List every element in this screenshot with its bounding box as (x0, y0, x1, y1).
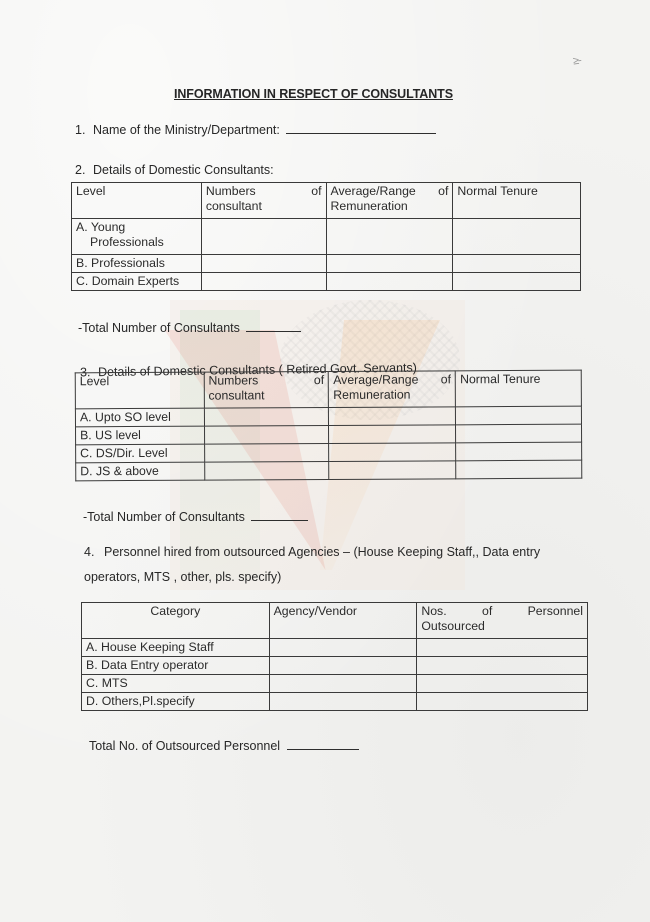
nos-cell[interactable] (417, 693, 588, 711)
row-category: C. MTS (82, 675, 270, 693)
row-level: A. Upto SO level (75, 408, 204, 427)
numbers-cell[interactable] (204, 461, 329, 480)
section2-total-field[interactable] (246, 321, 301, 332)
remuneration-cell[interactable] (329, 407, 456, 426)
remuneration-cell[interactable] (326, 273, 453, 291)
section1-ministry: 1.Name of the Ministry/Department: (75, 123, 436, 137)
section2-heading: 2.Details of Domestic Consultants: (75, 163, 274, 177)
section3-total-label: -Total Number of Consultants (83, 510, 245, 524)
header-nos-personnel: Nos.ofPersonnel Outsourced (417, 603, 588, 639)
tenure-cell[interactable] (453, 255, 581, 273)
table-row: B. Professionals (72, 255, 581, 273)
agency-cell[interactable] (269, 639, 417, 657)
section2-total: -Total Number of Consultants (78, 321, 301, 335)
agency-cell[interactable] (269, 675, 417, 693)
remuneration-cell[interactable] (329, 443, 456, 462)
row-category: A. House Keeping Staff (82, 639, 270, 657)
tenure-cell[interactable] (453, 219, 581, 255)
section4-label-line1: Personnel hired from outsourced Agencies… (104, 545, 540, 559)
header-numbers: Numbersof consultant (201, 183, 326, 219)
header-tenure: Normal Tenure (456, 370, 582, 407)
section2-number: 2. (75, 163, 93, 177)
nos-cell[interactable] (417, 675, 588, 693)
row-level: D. JS & above (76, 462, 205, 481)
numbers-cell[interactable] (201, 273, 326, 291)
section3-total-field[interactable] (251, 510, 308, 521)
remuneration-cell[interactable] (329, 461, 456, 480)
table-row: A. House Keeping Staff (82, 639, 588, 657)
row-level: C. DS/Dir. Level (76, 444, 205, 463)
header-category: Category (82, 603, 270, 639)
nos-cell[interactable] (417, 639, 588, 657)
table-row: D. JS & above (76, 460, 582, 481)
row-level: B. US level (76, 426, 205, 445)
remuneration-cell[interactable] (326, 255, 453, 273)
remuneration-cell[interactable] (326, 219, 453, 255)
header-tenure: Normal Tenure (453, 183, 581, 219)
section3-total: -Total Number of Consultants (83, 510, 308, 524)
section4-total: Total No. of Outsourced Personnel (89, 739, 359, 753)
corner-pen-mark: ≥- (572, 55, 581, 68)
row-level: C. Domain Experts (72, 273, 202, 291)
document-title: INFORMATION IN RESPECT OF CONSULTANTS (174, 87, 453, 101)
section2-label: Details of Domestic Consultants: (93, 163, 274, 177)
ministry-name-field[interactable] (286, 123, 436, 134)
agency-cell[interactable] (269, 657, 417, 675)
tenure-cell[interactable] (456, 442, 582, 461)
section1-label: Name of the Ministry/Department: (93, 123, 280, 137)
section1-number: 1. (75, 123, 93, 137)
table-header-row: Level Numbersof consultant Average/Range… (75, 370, 581, 409)
numbers-cell[interactable] (201, 255, 326, 273)
outsourced-personnel-table: Category Agency/Vendor Nos.ofPersonnel O… (81, 602, 588, 711)
row-category: D. Others,Pl.specify (82, 693, 270, 711)
header-remuneration: Average/Rangeof Remuneration (329, 371, 456, 408)
agency-cell[interactable] (269, 693, 417, 711)
table-row: A. YoungProfessionals (72, 219, 581, 255)
header-agency: Agency/Vendor (269, 603, 417, 639)
domestic-consultants-table: Level Numbersof consultant Average/Range… (71, 182, 581, 291)
section4-total-label: Total No. of Outsourced Personnel (89, 739, 280, 753)
remuneration-cell[interactable] (329, 425, 456, 444)
row-level: A. YoungProfessionals (72, 219, 202, 255)
table-row: B. Data Entry operator (82, 657, 588, 675)
retired-consultants-table: Level Numbersof consultant Average/Range… (75, 370, 583, 482)
tenure-cell[interactable] (456, 460, 582, 479)
section4-label-line2: operators, MTS , other, pls. specify) (84, 570, 281, 584)
table-header-row: Category Agency/Vendor Nos.ofPersonnel O… (82, 603, 588, 639)
tenure-cell[interactable] (453, 273, 581, 291)
section4-total-field[interactable] (287, 739, 359, 750)
section2-total-label: -Total Number of Consultants (78, 321, 240, 335)
tenure-cell[interactable] (456, 424, 582, 443)
section4-heading-cont: operators, MTS , other, pls. specify) (84, 570, 281, 584)
table-row: C. MTS (82, 675, 588, 693)
document-page: ≥- INFORMATION IN RESPECT OF CONSULTANTS… (0, 0, 650, 922)
header-remuneration: Average/Rangeof Remuneration (326, 183, 453, 219)
table-header-row: Level Numbersof consultant Average/Range… (72, 183, 581, 219)
section4-number: 4. (84, 545, 104, 559)
row-level: B. Professionals (72, 255, 202, 273)
header-level: Level (72, 183, 202, 219)
tenure-cell[interactable] (456, 406, 582, 425)
numbers-cell[interactable] (201, 219, 326, 255)
section4-heading: 4.Personnel hired from outsourced Agenci… (84, 545, 540, 559)
numbers-cell[interactable] (204, 443, 329, 462)
header-numbers: Numbersof consultant (204, 371, 329, 408)
nos-cell[interactable] (417, 657, 588, 675)
numbers-cell[interactable] (204, 425, 329, 444)
row-category: B. Data Entry operator (82, 657, 270, 675)
header-level: Level (75, 372, 204, 409)
table-row: C. Domain Experts (72, 273, 581, 291)
numbers-cell[interactable] (204, 407, 329, 426)
table-row: D. Others,Pl.specify (82, 693, 588, 711)
